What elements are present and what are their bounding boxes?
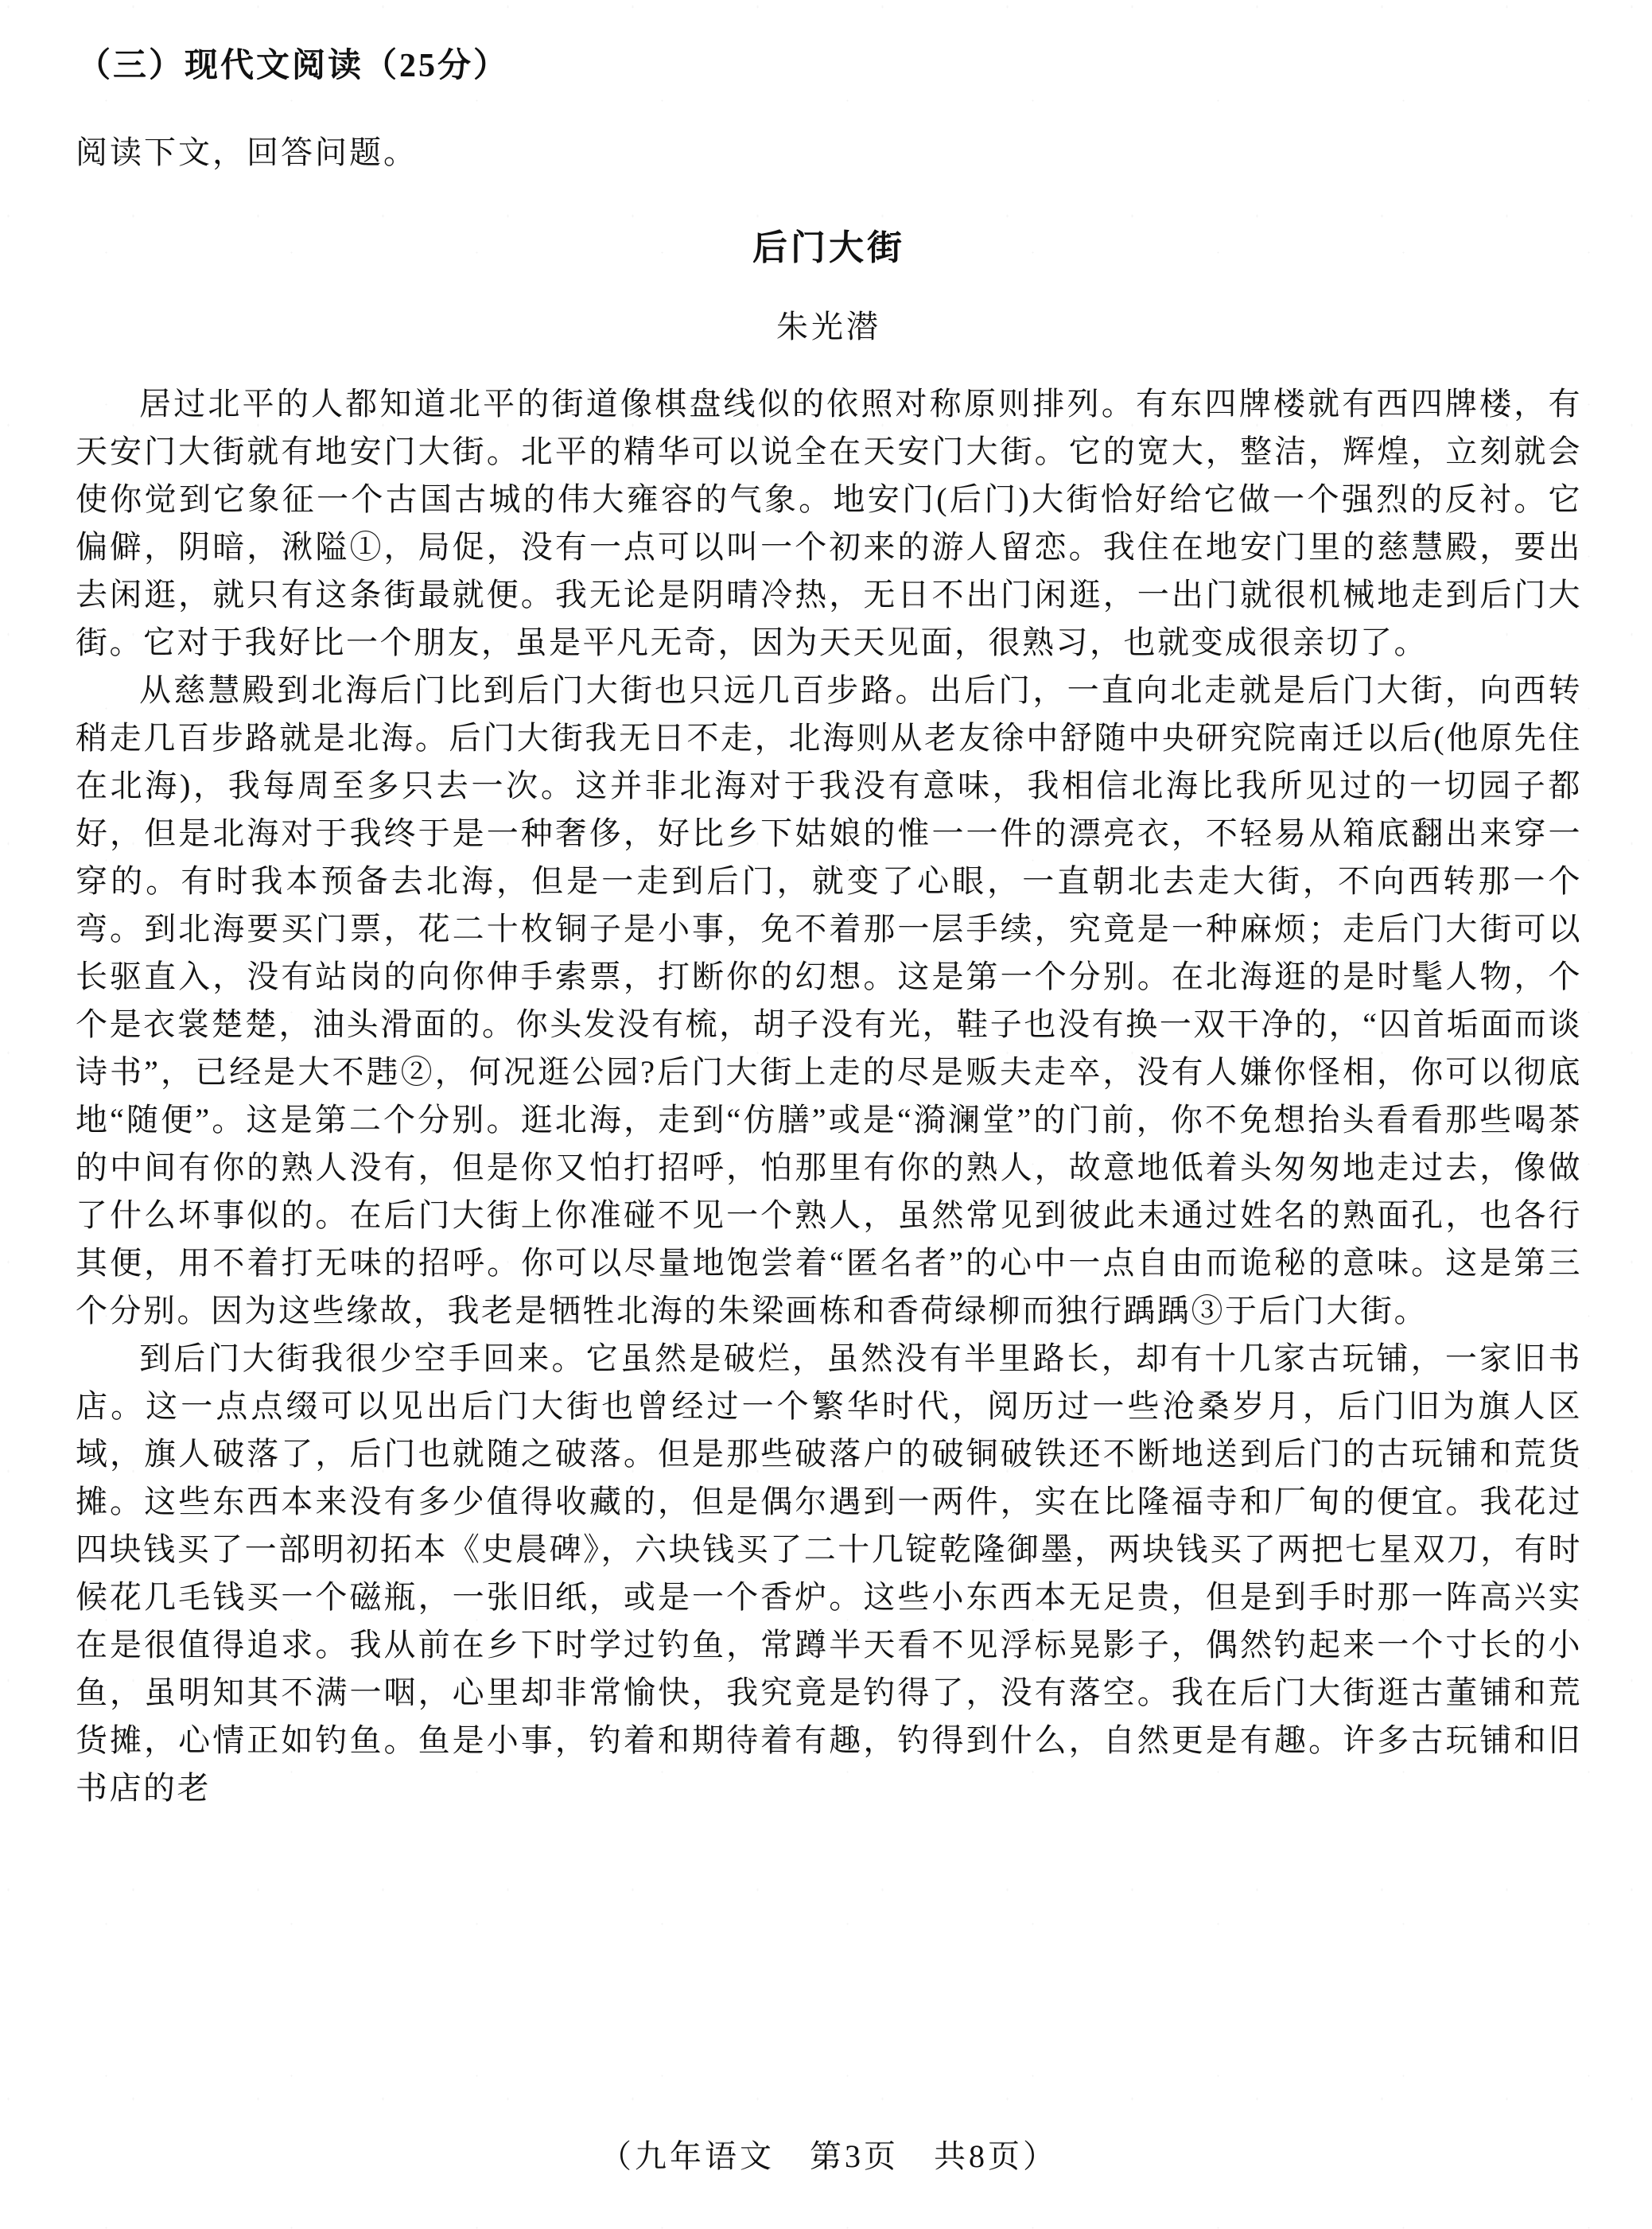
section-header: （三）现代文阅读（25分） [77,46,1582,86]
article-title: 后门大街 [76,219,1582,270]
article-author: 朱光潜 [76,301,1582,347]
paragraph-1: 居过北平的人都知道北平的街道像棋盘线似的依照对称原则排列。有东四牌楼就有西四牌楼… [76,380,1582,667]
paragraph-3: 到后门大街我很少空手回来。它虽然是破烂，虽然没有半里路长，却有十几家古玩铺，一家… [76,1335,1582,1812]
page-footer: （九年语文 第3页 共8页） [76,2131,1582,2197]
paragraph-2: 从慈慧殿到北海后门比到后门大街也只远几百步路。出后门，一直向北走就是后门大街，向… [76,667,1582,1335]
instruction-text: 阅读下文，回答问题。 [76,127,1582,173]
article-body: 居过北平的人都知道北平的街道像棋盘线似的依照对称原则排列。有东四牌楼就有西四牌楼… [76,380,1582,1812]
exam-page: （三）现代文阅读（25分） 阅读下文，回答问题。 后门大街 朱光潜 居过北平的人… [0,0,1652,2229]
